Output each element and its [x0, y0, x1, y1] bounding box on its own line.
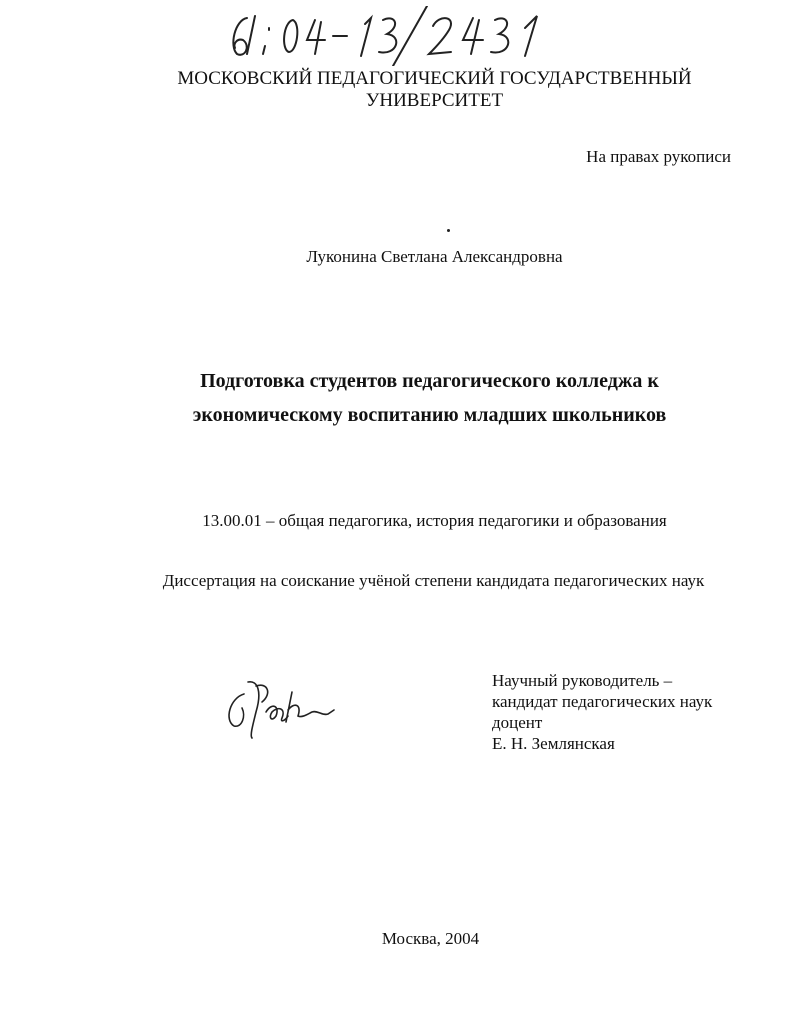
dissertation-title: Подготовка студентов педагогического кол…: [0, 364, 799, 432]
advisor-rank: доцент: [492, 712, 712, 733]
handwritten-reference: 61: 04-13/2431: [225, 6, 555, 66]
scientific-advisor-block: Научный руководитель – кандидат педагоги…: [492, 670, 712, 754]
advisor-degree: кандидат педагогических наук: [492, 691, 712, 712]
university-name-line2: УНИВЕРСИТЕТ: [0, 90, 799, 112]
title-line2: экономическому воспитанию младших школьн…: [60, 398, 799, 432]
title-line1: Подготовка студентов педагогического кол…: [60, 364, 799, 398]
advisor-role: Научный руководитель –: [492, 670, 712, 691]
advisor-name: Е. Н. Землянская: [492, 733, 712, 754]
specialty-code: 13.00.01 – общая педагогика, история пед…: [0, 511, 799, 531]
university-name-line1: МОСКОВСКИЙ ПЕДАГОГИЧЕСКИЙ ГОСУДАРСТВЕННЫ…: [0, 68, 799, 90]
scan-speck: [447, 229, 450, 232]
signature-icon: [222, 672, 342, 742]
author-name: Луконина Светлана Александровна: [0, 247, 799, 267]
manuscript-rights-note: На правах рукописи: [586, 147, 731, 167]
city-year: Москва, 2004: [0, 929, 799, 949]
degree-statement: Диссертация на соискание учёной степени …: [0, 571, 799, 591]
